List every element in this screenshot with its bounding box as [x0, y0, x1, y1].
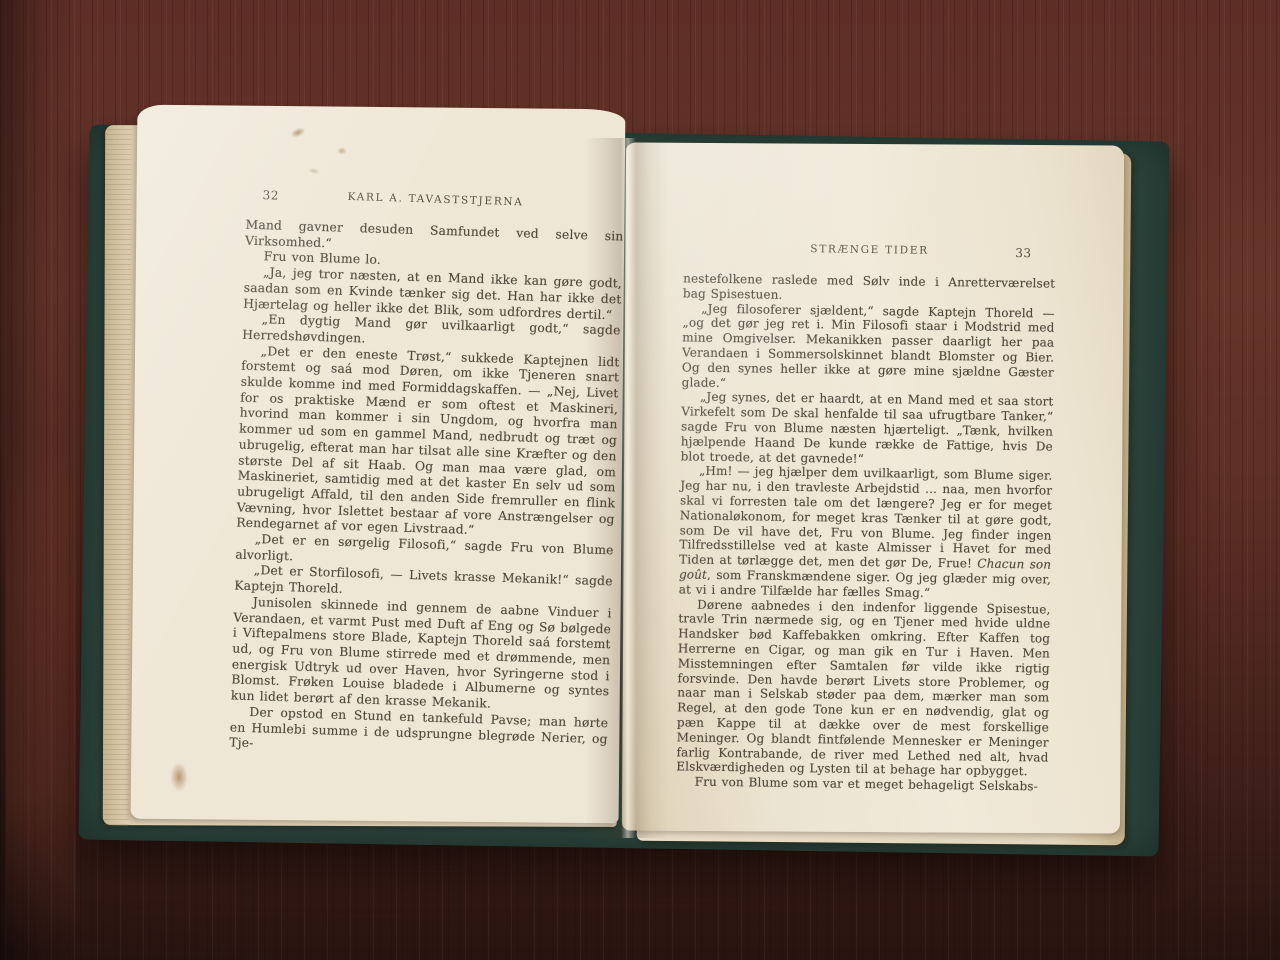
left-running-head: 32 KARL A. TAVASTSTJERNA — [246, 188, 624, 216]
right-page-number: 33 — [1015, 246, 1031, 260]
paragraph: „Jeg synes, det er haardt, at en Mand me… — [681, 390, 1054, 469]
right-running-head: STRÆNGE TIDER 33 — [683, 241, 1055, 262]
right-page-content: STRÆNGE TIDER 33 nestefolkene raslede me… — [676, 241, 1056, 794]
left-body-text: Mand gavner desuden Samfundet ved selve … — [229, 218, 624, 764]
left-page-content: 32 KARL A. TAVASTSTJERNA Mand gavner des… — [229, 188, 625, 764]
right-page: STRÆNGE TIDER 33 nestefolkene raslede me… — [622, 142, 1124, 833]
paragraph: Junisolen skinnede ind gennem de aabne V… — [231, 594, 612, 716]
paragraph: Dørene aabnedes i den indenfor liggende … — [676, 597, 1050, 780]
right-running-title: STRÆNGE TIDER — [810, 243, 929, 257]
paragraph: „Det er den eneste Trøst,“ sukkede Kapte… — [236, 343, 620, 543]
left-running-title: KARL A. TAVASTSTJERNA — [347, 191, 523, 209]
photo-of-open-book: { "colors": { "table_wood": "#5e2f26", "… — [0, 0, 1280, 960]
left-page: 32 KARL A. TAVASTSTJERNA Mand gavner des… — [131, 105, 626, 824]
left-page-number: 32 — [262, 188, 279, 203]
paragraph: „Hm! — jeg hjælper dem uvilkaarligt, som… — [679, 464, 1053, 602]
paragraph: „Jeg filosoferer sjældent,“ sagde Kaptej… — [682, 301, 1055, 395]
right-body-text: nestefolkene raslede med Sølv inde i Anr… — [676, 271, 1055, 794]
wood-grain-highlight — [6, 430, 76, 950]
